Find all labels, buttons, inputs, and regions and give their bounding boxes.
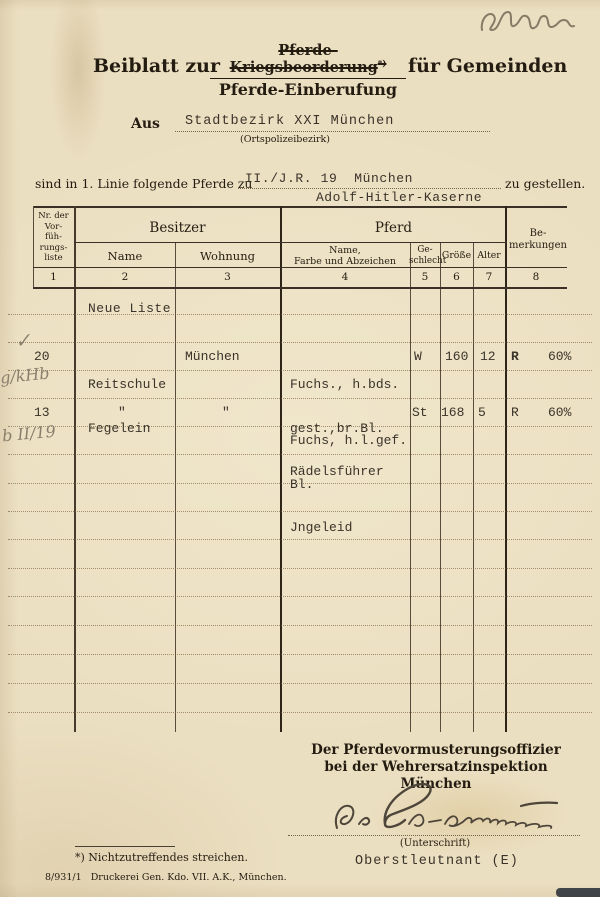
header-pferd-name-l1: Name, [280, 245, 410, 256]
assignment-value-line2: Adolf-Hitler-Kaserne [316, 190, 482, 205]
signature-line [288, 835, 580, 836]
title-option-active: Pferde-Einberufung [210, 79, 406, 99]
origin-sublabel: (Ortspolizeibezirk) [175, 134, 395, 145]
row-line [8, 342, 592, 343]
row13-wohnung-ditto: " [222, 405, 230, 420]
header-col1-l3: füh- [33, 232, 74, 243]
footnote-separator [75, 846, 175, 847]
assignment-text-after: zu gestellen. [505, 176, 585, 191]
row20-alter: 12 [480, 349, 496, 364]
row13-pferd-l3: Jngeleid [290, 521, 407, 536]
signature-scribble [325, 778, 585, 838]
row-line [8, 568, 592, 569]
row20-wohnung: München [185, 349, 240, 364]
row13-bemerkung-code: R [511, 405, 519, 420]
colnum-3: 3 [175, 271, 280, 283]
row-line [8, 596, 592, 597]
title-fraction: Pferde-Kriegsbeorderung*) Pferde-Einberu… [210, 42, 406, 99]
header-geschlecht-l2: schlecht [409, 256, 441, 267]
row13-pferd-l2: Bl. [290, 478, 407, 493]
row13-pferd: Fuchs, h.l.gef. Bl. Jngeleid [290, 405, 407, 565]
row20-pferd-l1: Fuchs., h.bds. [290, 378, 399, 393]
header-groesse: Größe [440, 250, 473, 261]
row20-besitzer-l1: Reitschule [88, 378, 166, 393]
footnote-marker: *) [378, 59, 387, 69]
row20-besitzer: Reitschule Fegelein [88, 349, 166, 465]
besitzer-subline [74, 242, 282, 243]
title-option-struck: Pferde-Kriegsbeorderung [230, 42, 378, 76]
margin-note-row13: b II/19 [1, 422, 56, 446]
row20-nr: 20 [34, 349, 50, 364]
title-option-struck-line: Pferde-Kriegsbeorderung*) [210, 42, 406, 79]
header-besitzer: Besitzer [75, 220, 280, 236]
title-suffix: für Gemeinden [408, 55, 567, 77]
header-pferd-name: Name, Farbe und Abzeichen [280, 245, 410, 267]
title-prefix: Beiblatt zur [93, 55, 220, 77]
header-wohnung: Wohnung [175, 249, 280, 263]
header-col1-l5: liste [33, 253, 74, 264]
colnum-4: 4 [280, 271, 410, 283]
row20-besitzer-l2: Fegelein [88, 422, 166, 437]
colnum-5: 5 [410, 271, 440, 283]
origin-value: Stadtbezirk XXI München [185, 114, 394, 129]
row-line [8, 683, 592, 684]
col-line-4 [410, 243, 411, 732]
header-col1: Nr. der Vor- füh- rungs- liste [33, 211, 74, 264]
colnum-1: 1 [33, 271, 74, 283]
print-reference-text: Druckerei Gen. Kdo. VII. A.K., München. [91, 872, 287, 883]
colnum-6: 6 [440, 271, 473, 283]
header-pferd: Pferd [280, 220, 507, 236]
row13-alter: 5 [478, 405, 486, 420]
header-bemerkungen: Be- merkungen [507, 228, 569, 252]
scan-artifact [556, 888, 600, 897]
colnum-8: 8 [505, 271, 567, 283]
row-line [8, 712, 592, 713]
print-reference: 8/931/1 Druckerei Gen. Kdo. VII. A.K., M… [45, 872, 287, 883]
officer-title-l1: Der Pferdevormusterungsoffizier [290, 742, 582, 759]
origin-underline [175, 131, 490, 132]
row13-groesse: 168 [441, 405, 464, 420]
margin-note-row20: g/kHb [0, 363, 50, 387]
footnote-text: *) Nichtzutreffendes streichen. [75, 851, 248, 864]
unterschrift-label: (Unterschrift) [330, 838, 540, 849]
number-row-bottom-line [33, 287, 567, 289]
origin-label: Aus [131, 116, 160, 132]
row20-groesse: 160 [445, 349, 468, 364]
row13-bemerkung-pct: 60% [548, 405, 571, 420]
document-scan: Beiblatt zur Pferde-Kriegsbeorderung*) P… [0, 0, 600, 897]
colnum-7: 7 [473, 271, 505, 283]
number-row-top-line [33, 267, 567, 268]
header-alter: Alter [473, 250, 505, 261]
header-bemerkungen-l1: Be- [507, 228, 569, 240]
header-pferd-name-l2: Farbe und Abzeichen [280, 256, 410, 267]
row-line [8, 654, 592, 655]
header-geschlecht: Ge- schlecht [409, 245, 441, 266]
assignment-text-before: sind in 1. Linie folgende Pferde zu [35, 176, 252, 191]
assignment-value-line1: II./J.R. 19 München [245, 171, 413, 186]
header-geschlecht-l1: Ge- [409, 245, 441, 256]
col-line-2 [175, 243, 176, 732]
row-neue-liste: Neue Liste [88, 301, 171, 316]
row20-bemerkung-pct: 60% [548, 349, 571, 364]
header-col1-l2: Vor- [33, 222, 74, 233]
header-bemerkungen-l2: merkungen [507, 240, 569, 252]
print-reference-number: 8/931/1 [45, 872, 82, 883]
row20-geschlecht: W [414, 349, 422, 364]
handwritten-scribble-top-right [474, 0, 584, 40]
row13-besitzer-ditto: " [118, 405, 126, 420]
header-col1-l4: rungs- [33, 243, 74, 254]
row-line [8, 625, 592, 626]
colnum-2: 2 [75, 271, 175, 283]
pferd-subline [280, 242, 507, 243]
row20-bemerkung-code: R [511, 349, 519, 364]
header-col1-l1: Nr. der [33, 211, 74, 222]
col-line-5 [440, 243, 441, 732]
rank-line: Oberstleutnant (E) [355, 854, 519, 869]
table-top-border [33, 206, 567, 208]
header-name: Name [75, 249, 175, 263]
col-line-6 [473, 243, 474, 732]
row13-geschlecht: St [412, 405, 428, 420]
row13-nr: 13 [34, 405, 50, 420]
checkmark-annotation: ✓ [14, 329, 33, 353]
assignment-underline [238, 188, 501, 189]
row13-pferd-l1: Fuchs, h.l.gef. [290, 434, 407, 449]
